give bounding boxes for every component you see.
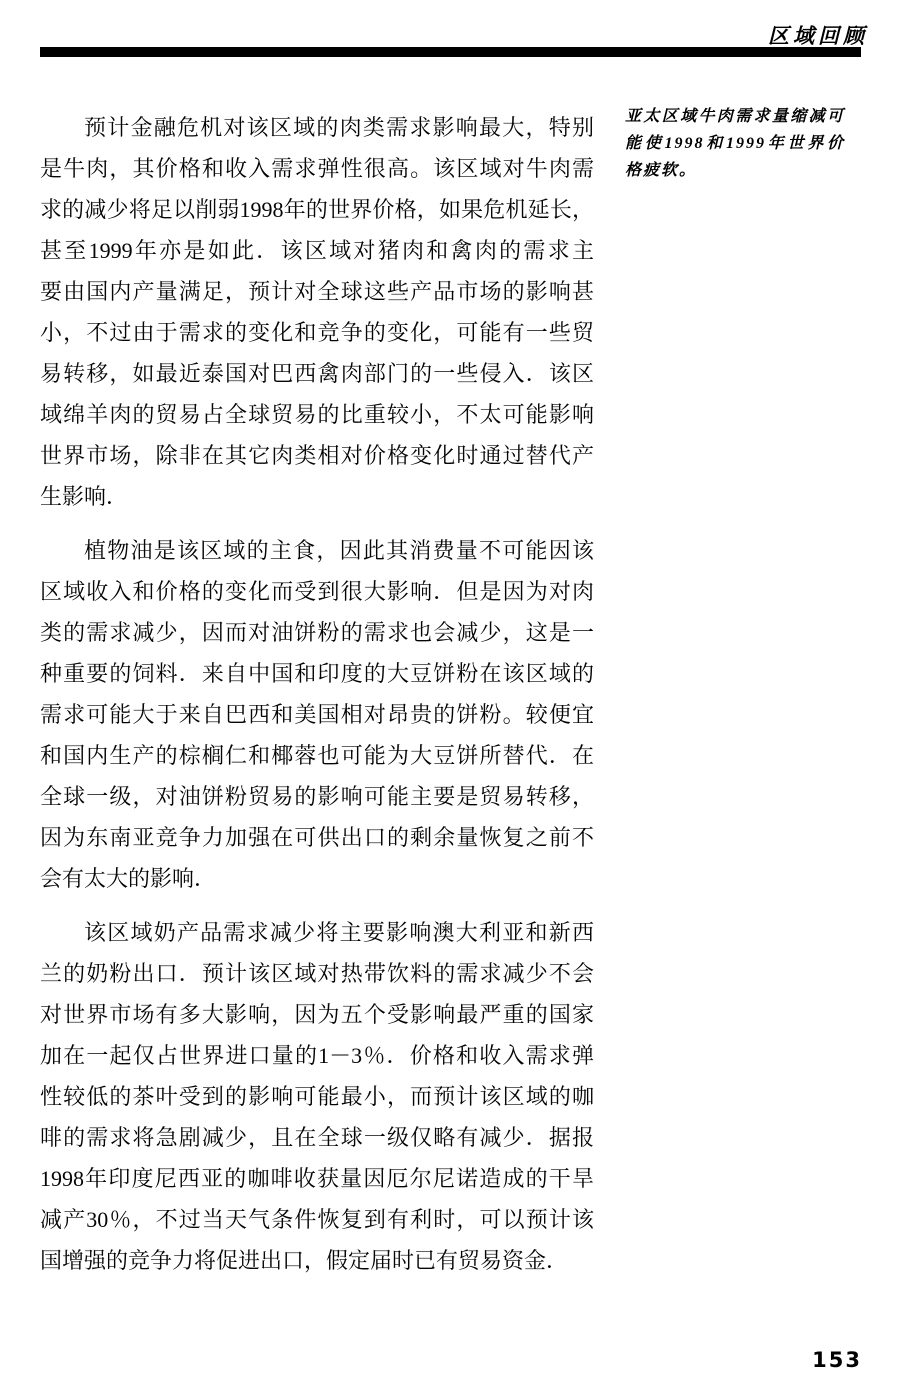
body-line: 易转移，如最近泰国对巴西禽肉部门的一些侵入．该区 [40, 353, 594, 394]
body-line: 是牛肉，其价格和收入需求弹性很高。该区域对牛肉需 [40, 148, 594, 189]
body-line: 加在一起仅占世界进口量的1－3％．价格和收入需求弹 [40, 1035, 594, 1076]
body-line: 因为东南亚竞争力加强在可供出口的剩余量恢复之前不 [40, 817, 594, 858]
body-line: 兰的奶粉出口．预计该区域对热带饮料的需求减少不会 [40, 953, 594, 994]
body-line: 域绵羊肉的贸易占全球贸易的比重较小，不太可能影响 [40, 394, 594, 435]
body-line: 小，不过由于需求的变化和竞争的变化，可能有一些贸 [40, 312, 594, 353]
body-line: 国增强的竞争力将促进出口，假定届时已有贸易资金． [40, 1240, 594, 1281]
body-line: 啡的需求将急剧减少，且在全球一级仅略有减少．据报 [40, 1117, 594, 1158]
document-page: 区域回顾 预计金融危机对该区域的肉类需求影响最大，特别是牛肉，其价格和收入需求弹… [0, 0, 900, 1400]
body-line: 性较低的茶叶受到的影响可能最小，而预计该区域的咖 [40, 1076, 594, 1117]
body-text-column: 预计金融危机对该区域的肉类需求影响最大，特别是牛肉，其价格和收入需求弹性很高。该… [40, 107, 594, 1281]
body-line: 生影响． [40, 476, 594, 517]
margin-note-line: 亚太区域牛肉需求量缩减可 [625, 103, 845, 130]
margin-note-line: 格疲软。 [625, 157, 845, 184]
body-line: 植物油是该区域的主食，因此其消费量不可能因该 [40, 530, 594, 571]
margin-note-line: 能使1998和1999年世界价 [625, 130, 845, 157]
body-line: 对世界市场有多大影响，因为五个受影响最严重的国家 [40, 994, 594, 1035]
body-line: 世界市场，除非在其它肉类相对价格变化时通过替代产 [40, 435, 594, 476]
body-line: 预计金融危机对该区域的肉类需求影响最大，特别 [40, 107, 594, 148]
body-line: 求的减少将足以削弱1998年的世界价格，如果危机延长， [40, 189, 594, 230]
header-rule [40, 47, 861, 57]
body-line: 需求可能大于来自巴西和美国相对昂贵的饼粉。较便宜 [40, 694, 594, 735]
body-paragraph: 该区域奶产品需求减少将主要影响澳大利亚和新西兰的奶粉出口．预计该区域对热带饮料的… [40, 912, 594, 1281]
page-number: 153 [812, 1348, 862, 1372]
body-line: 和国内生产的棕榈仁和椰蓉也可能为大豆饼所替代．在 [40, 735, 594, 776]
body-line: 全球一级，对油饼粉贸易的影响可能主要是贸易转移， [40, 776, 594, 817]
body-line: 类的需求减少，因而对油饼粉的需求也会减少，这是一 [40, 612, 594, 653]
body-paragraph: 植物油是该区域的主食，因此其消费量不可能因该区域收入和价格的变化而受到很大影响．… [40, 530, 594, 899]
body-line: 1998年印度尼西亚的咖啡收获量因厄尔尼诺造成的干旱 [40, 1158, 594, 1199]
body-line: 区域收入和价格的变化而受到很大影响．但是因为对肉 [40, 571, 594, 612]
body-line: 种重要的饲料．来自中国和印度的大豆饼粉在该区域的 [40, 653, 594, 694]
body-line: 该区域奶产品需求减少将主要影响澳大利亚和新西 [40, 912, 594, 953]
body-paragraph: 预计金融危机对该区域的肉类需求影响最大，特别是牛肉，其价格和收入需求弹性很高。该… [40, 107, 594, 517]
body-line: 会有太大的影响． [40, 858, 594, 899]
body-line: 减产30％，不过当天气条件恢复到有利时，可以预计该 [40, 1199, 594, 1240]
body-line: 甚至1999年亦是如此．该区域对猪肉和禽肉的需求主 [40, 230, 594, 271]
running-head-title: 区域回顾 [768, 20, 868, 50]
margin-note: 亚太区域牛肉需求量缩减可 能使1998和1999年世界价 格疲软。 [625, 103, 845, 184]
body-line: 要由国内产量满足，预计对全球这些产品市场的影响甚 [40, 271, 594, 312]
